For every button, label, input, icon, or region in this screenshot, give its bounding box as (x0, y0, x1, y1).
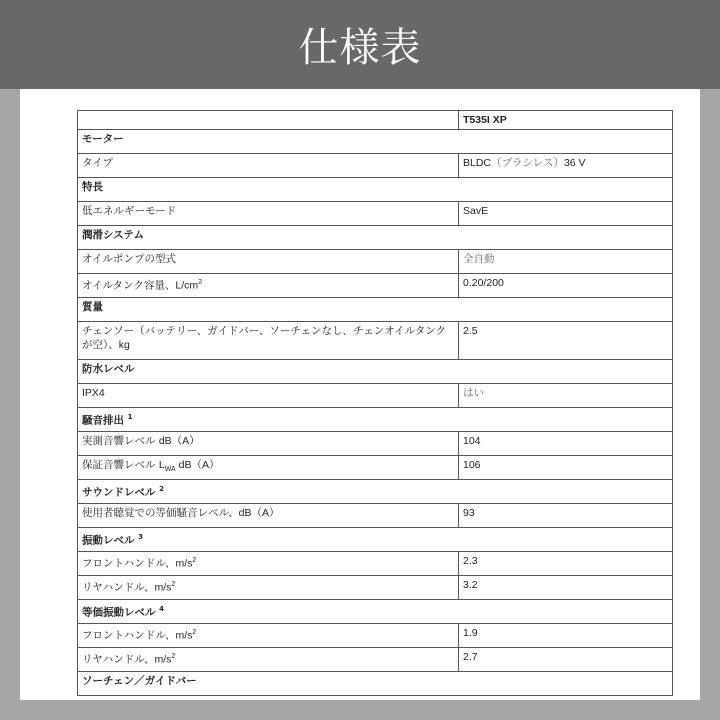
table-row: オイルポンプの型式 全自動 (78, 250, 673, 274)
row-value: 104 (459, 432, 673, 456)
row-value: 2.5 (459, 322, 673, 360)
title-banner: 仕様表 (0, 0, 720, 89)
row-label: フロントハンドル、m/s2 (78, 624, 459, 648)
row-label: 保証音響レベル LWA dB（A） (78, 456, 459, 480)
row-label: 低エネルギーモード (78, 202, 459, 226)
row-value: 2.3 (459, 552, 673, 576)
header-empty-cell (78, 111, 459, 130)
row-value: 3.2 (459, 576, 673, 600)
row-label: フロントハンドル、m/s2 (78, 552, 459, 576)
section-row: サウンドレベル 2 (78, 480, 673, 504)
section-features: 特長 (78, 178, 673, 202)
section-row: モーター (78, 130, 673, 154)
table-header-row: T535I XP (78, 111, 673, 130)
row-value: 2.7 (459, 648, 673, 672)
row-label: IPX4 (78, 384, 459, 408)
section-row: 質量 (78, 298, 673, 322)
model-name: T535I XP (459, 111, 673, 130)
table-row: IPX4 はい (78, 384, 673, 408)
section-motor: モーター (78, 130, 673, 154)
spec-table: T535I XP モーター タイプ BLDC（ブラシレス）36 V 特長 低エネ… (77, 110, 673, 696)
table-row: 低エネルギーモード SavE (78, 202, 673, 226)
table-row: チェンソー（バッテリー、ガイドバー、ソーチェンなし、チェンオイルタンクが空）、k… (78, 322, 673, 360)
row-label: タイプ (78, 154, 459, 178)
section-row: ソーチェン／ガイドバー (78, 672, 673, 696)
table-row: オイルタンク容量、L/cm2 0.20/200 (78, 274, 673, 298)
table-row: 保証音響レベル LWA dB（A） 106 (78, 456, 673, 480)
section-lubrication: 潤滑システム (78, 226, 673, 250)
section-row: 防水レベル (78, 360, 673, 384)
row-label: 使用者聴覚での等価騒音レベル、dB（A） (78, 504, 459, 528)
table-row: フロントハンドル、m/s2 2.3 (78, 552, 673, 576)
section-waterproof: 防水レベル (78, 360, 673, 384)
row-label: 実測音響レベル dB（A） (78, 432, 459, 456)
section-row: 等価振動レベル 4 (78, 600, 673, 624)
section-row: 振動レベル 3 (78, 528, 673, 552)
table-row: 使用者聴覚での等価騒音レベル、dB（A） 93 (78, 504, 673, 528)
row-value: 93 (459, 504, 673, 528)
row-label: オイルポンプの型式 (78, 250, 459, 274)
row-label: チェンソー（バッテリー、ガイドバー、ソーチェンなし、チェンオイルタンクが空）、k… (78, 322, 459, 360)
section-row: 特長 (78, 178, 673, 202)
spec-panel: T535I XP モーター タイプ BLDC（ブラシレス）36 V 特長 低エネ… (20, 89, 700, 700)
row-value: はい (459, 384, 673, 408)
row-value: 0.20/200 (459, 274, 673, 298)
row-value: BLDC（ブラシレス）36 V (459, 154, 673, 178)
section-sound-level: サウンドレベル 2 (78, 480, 673, 504)
table-row: フロントハンドル、m/s2 1.9 (78, 624, 673, 648)
table-row: リヤハンドル、m/s2 3.2 (78, 576, 673, 600)
table-row: リヤハンドル、m/s2 2.7 (78, 648, 673, 672)
row-label: リヤハンドル、m/s2 (78, 576, 459, 600)
section-row: 騒音排出 1 (78, 408, 673, 432)
table-row: タイプ BLDC（ブラシレス）36 V (78, 154, 673, 178)
section-weight: 質量 (78, 298, 673, 322)
row-value: 全自動 (459, 250, 673, 274)
section-row: 潤滑システム (78, 226, 673, 250)
row-label: オイルタンク容量、L/cm2 (78, 274, 459, 298)
section-vibration: 振動レベル 3 (78, 528, 673, 552)
page-title: 仕様表 (299, 16, 422, 73)
row-value: SavE (459, 202, 673, 226)
section-noise: 騒音排出 1 (78, 408, 673, 432)
section-saw-chain-guide-bar: ソーチェン／ガイドバー (78, 672, 673, 696)
row-value: 106 (459, 456, 673, 480)
row-label: リヤハンドル、m/s2 (78, 648, 459, 672)
section-equivalent-vibration: 等価振動レベル 4 (78, 600, 673, 624)
row-value: 1.9 (459, 624, 673, 648)
table-row: 実測音響レベル dB（A） 104 (78, 432, 673, 456)
